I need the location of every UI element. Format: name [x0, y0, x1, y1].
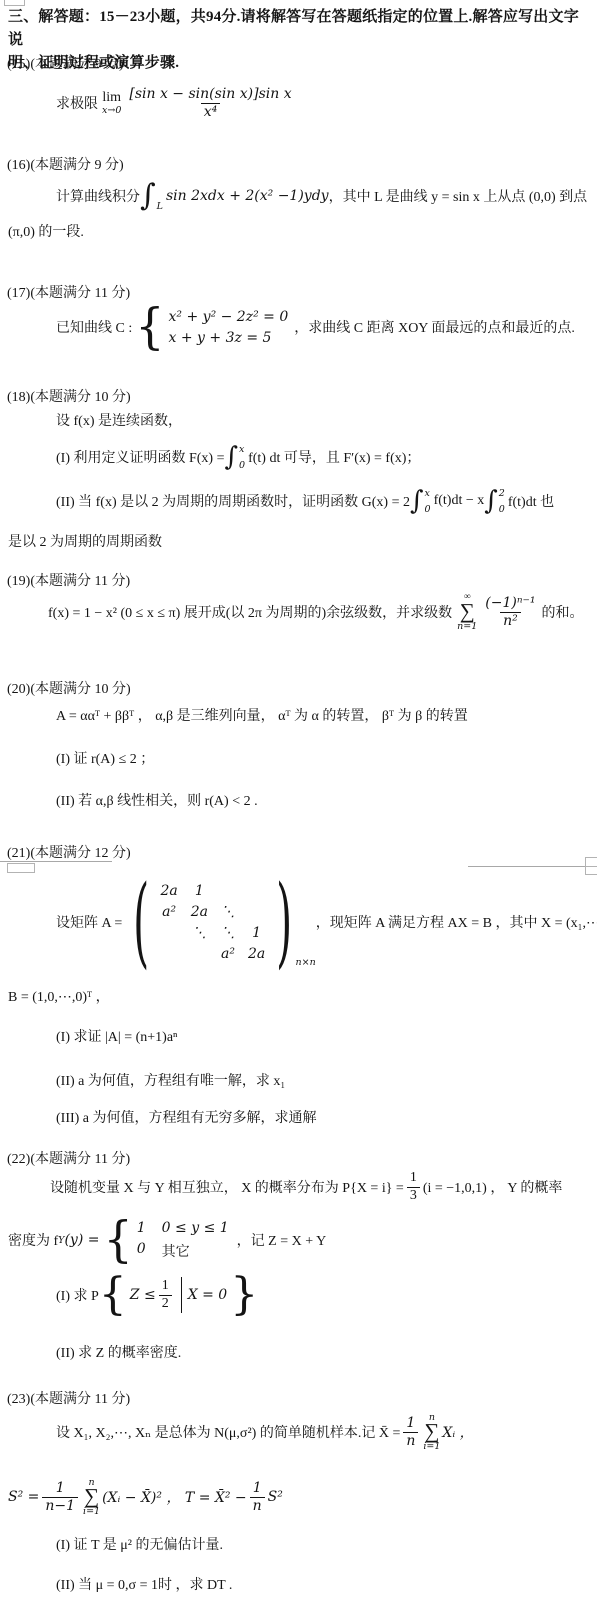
- problem-19-text-end: 的和。: [542, 602, 584, 622]
- formula-lead: 设矩阵 A =: [56, 912, 122, 932]
- problem-17-body: 已知曲线 C : { x² + y² − 2z² = 0 x + y + 3z …: [56, 297, 575, 357]
- matrix: 2a 1 a² 2a ⋱ ⋱ ⋱ 1 a² 2a: [160, 883, 265, 962]
- cases-brace: {: [103, 1218, 132, 1261]
- fraction: (−1)ⁿ⁻¹ n²: [482, 595, 538, 628]
- summation: n ∑ i=1: [423, 1413, 440, 1452]
- sum-lower-limit: i=1: [83, 1507, 100, 1517]
- fraction: 1 2: [159, 1278, 172, 1311]
- fraction-numerator: 1: [403, 1415, 418, 1431]
- problem-19-body: f(x) = 1 − x² (0 ≤ x ≤ π) 展开成(以 2π 为周期的)…: [48, 583, 584, 641]
- matrix-cell: a²: [221, 946, 235, 962]
- matrix-right-paren: ): [276, 878, 292, 966]
- item-text: f(t) dt 可导，且 F′(x) = f(x)；: [248, 447, 420, 467]
- problem-21-title: (21)(本题满分 12 分): [7, 842, 131, 862]
- integral-sign: ∫: [484, 491, 498, 512]
- problem-22-item2: (II) 求 Z 的概率密度.: [56, 1342, 181, 1362]
- integral: ∫ 2 0: [484, 488, 508, 515]
- matrix-cell: a²: [160, 904, 177, 920]
- fraction-denominator: n: [250, 1497, 265, 1514]
- problem-21-item3: (III) a 为何值，方程组有无穷多解，求通解: [56, 1107, 317, 1127]
- problem-23-item1: (I) 证 T 是 μ² 的无偏估计量.: [56, 1534, 223, 1554]
- problem-17-text: ，求曲线 C 距离 XOY 面最远的点和最近的点.: [294, 317, 575, 337]
- problem-22-item1: (I) 求 P { Z ≤ 1 2 X = 0 }: [56, 1266, 258, 1324]
- right-brace: }: [230, 1275, 258, 1315]
- problem-21-item1: (I) 求证 |A| = (n+1)aⁿ: [56, 1026, 177, 1046]
- integral-upper-limit: 2: [499, 488, 505, 499]
- integral-limits: L: [157, 180, 163, 212]
- expression: Z ≤: [130, 1287, 156, 1303]
- problem-21-text: ，现矩阵 A 满足方程 AX = B ，其中 X = (x₁,⋯,xₙ)ᵀ ，: [316, 912, 597, 932]
- problem-23-text: 设 X₁, X₂,⋯, Xₙ 是总体为 N(μ,σ²) 的简单随机样本.记 X̄…: [56, 1422, 400, 1442]
- fraction-denominator: 2: [159, 1295, 172, 1312]
- problem-23-line2: S² = 1 n−1 n ∑ i=1 (Xᵢ − X̄)² ， T = X̄² …: [8, 1468, 283, 1526]
- fraction-denominator: x⁴: [201, 103, 221, 120]
- summation: ∞ ∑ n=1: [457, 593, 477, 632]
- formula-lead: 求极限: [56, 93, 98, 113]
- conditional-bar: [181, 1277, 182, 1313]
- case-condition: 0 ≤ y ≤ 1: [162, 1220, 229, 1236]
- problem-22-line2: 密度为 fY (y) = { 1 0 ≤ y ≤ 1 0 其它 ，记 Z = X…: [8, 1212, 326, 1268]
- matrix-cell: ⋱: [191, 925, 208, 941]
- matrix-cell: ⋱: [221, 904, 235, 920]
- fraction-numerator: 1: [159, 1278, 172, 1294]
- integral-lower-limit: 0: [499, 504, 505, 515]
- problem-22-title: (22)(本题满分 11 分): [7, 1148, 130, 1168]
- integral-lower-limit: 0: [239, 460, 245, 471]
- fraction-denominator: n−1: [42, 1497, 78, 1514]
- matrix-size-subscript: n×n: [296, 957, 316, 968]
- system-equation-1: x² + y² − 2z² = 0: [169, 309, 289, 325]
- problem-15-formula: 求极限 lim x→0 [sin x − sin(sin x)]sin x x⁴: [56, 74, 298, 132]
- formula-text-end: S²: [268, 1489, 283, 1505]
- integral-lower-limit: L: [157, 201, 163, 212]
- formula-lead: 已知曲线 C :: [56, 317, 132, 337]
- problem-21-item2: (II) a 为何值，方程组有唯一解，求 x₁: [56, 1070, 285, 1090]
- problem-23-item2: (II) 当 μ = 0,σ = 1时 ，求 DT .: [56, 1574, 232, 1594]
- fraction: 1 n: [403, 1415, 418, 1448]
- cases-brace: {: [135, 305, 164, 348]
- page-boundary-box-left: [7, 863, 35, 873]
- integral-upper-limit: x: [239, 444, 245, 455]
- integral-sign: ∫: [225, 447, 239, 468]
- sum-lower-limit: n=1: [457, 622, 477, 632]
- problem-16-title: (16)(本题满分 9 分): [7, 154, 124, 174]
- matrix-cell: 1: [248, 925, 265, 941]
- fraction-numerator: (−1)ⁿ⁻¹: [482, 595, 538, 611]
- problem-22-text: 密度为 f: [8, 1230, 58, 1250]
- case-value: 0: [137, 1241, 146, 1261]
- integral-sign: ∫: [410, 491, 424, 512]
- problem-22-text: (y) =: [64, 1232, 99, 1248]
- fraction: 1 n−1: [42, 1480, 78, 1513]
- fraction-numerator: 1: [250, 1480, 265, 1496]
- integral-limits: 2 0: [499, 488, 505, 515]
- problem-20-title: (20)(本题满分 10 分): [7, 678, 131, 698]
- matrix-cell: 2a: [160, 883, 177, 899]
- fraction: [sin x − sin(sin x)]sin x x⁴: [126, 86, 294, 119]
- sum-sign: ∑: [424, 1422, 439, 1441]
- problem-18-item1: (I) 利用定义证明函数 F(x) = ∫ x 0 f(t) dt 可导，且 F…: [56, 438, 420, 476]
- item-text: (I) 利用定义证明函数 F(x) =: [56, 447, 225, 467]
- integral-limits: x 0: [425, 488, 431, 515]
- condition: X = 0: [188, 1287, 228, 1303]
- summation: n ∑ i=1: [83, 1478, 100, 1517]
- document-page: 三、解答题：15－23小题，共94分.请将解答写在答题纸指定的位置上.解答应写出…: [0, 0, 597, 1609]
- page-boundary-bracket-right-mid: [585, 866, 597, 867]
- problem-20-item1: (I) 证 r(A) ≤ 2 ；: [56, 748, 154, 768]
- fraction: 1 3: [407, 1170, 420, 1203]
- matrix-left-paren: (: [133, 878, 149, 966]
- integral: ∫ x 0: [225, 444, 249, 471]
- problem-18-continuation: 是以 2 为周期的周期函数: [8, 531, 162, 551]
- problem-18-intro: 设 f(x) 是连续函数，: [56, 410, 182, 430]
- integral-limits: x 0: [239, 444, 245, 471]
- formula-lead: 计算曲线积分: [56, 186, 140, 206]
- formula-text: (Xᵢ − X̄)² ， T = X̄² −: [102, 1487, 247, 1507]
- formula-lead: S² =: [8, 1489, 39, 1505]
- problem-19-text: f(x) = 1 − x² (0 ≤ x ≤ π) 展开成(以 2π 为周期的)…: [48, 602, 452, 622]
- page-boundary-line-right: [468, 866, 586, 867]
- lim-label: lim: [102, 91, 121, 105]
- integral-sign: ∫: [140, 184, 156, 208]
- equation-system: x² + y² − 2z² = 0 x + y + 3z = 5: [169, 309, 289, 346]
- fraction-numerator: [sin x − sin(sin x)]sin x: [126, 86, 294, 102]
- fraction-denominator: 3: [407, 1187, 420, 1204]
- problem-23-line1: 设 X₁, X₂,⋯, Xₙ 是总体为 N(μ,σ²) 的简单随机样本.记 X̄…: [56, 1404, 474, 1460]
- problem-16-line2: (π,0) 的一段.: [8, 221, 84, 241]
- integrand-expression: sin 2xdx + 2(x² −1)ydy: [166, 188, 329, 204]
- problem-21-line2: B = (1,0,⋯,0)ᵀ ，: [8, 986, 110, 1006]
- item-text: f(t)dt − x: [434, 493, 485, 509]
- problem-21-matrix-line: 设矩阵 A = ( 2a 1 a² 2a ⋱ ⋱ ⋱ 1 a² 2a ) n×n…: [56, 868, 597, 976]
- problem-16-text: ，其中 L 是曲线 y = sin x 上从点 (0,0) 到点: [329, 186, 588, 206]
- fraction-denominator: n²: [500, 612, 521, 629]
- integral: ∫ x 0: [410, 488, 434, 515]
- piecewise-cases: 1 0 ≤ y ≤ 1 0 其它: [137, 1220, 229, 1261]
- section-header-line1: 三、解答题：15－23小题，共94分.请将解答写在答题纸指定的位置上.解答应写出…: [8, 6, 592, 52]
- case-condition: 其它: [162, 1241, 190, 1261]
- integral-lower-limit: 0: [425, 504, 431, 515]
- system-equation-2: x + y + 3z = 5: [169, 330, 289, 346]
- item-text: (II) 当 f(x) 是以 2 为周期的周期函数时，证明函数 G(x) = 2: [56, 491, 410, 511]
- fraction-denominator: n: [403, 1432, 418, 1449]
- sum-sign: ∑: [84, 1487, 99, 1506]
- integral-upper-limit: x: [425, 488, 431, 499]
- fraction-numerator: 1: [53, 1480, 68, 1496]
- sum-lower-limit: i=1: [423, 1442, 440, 1452]
- integral: ∫ L: [140, 180, 166, 212]
- limit-operator: lim x→0: [102, 91, 121, 116]
- case-value: 1: [137, 1220, 146, 1236]
- problem-18-title: (18)(本题满分 10 分): [7, 386, 131, 406]
- problem-20-item2: (II) 若 α,β 线性相关，则 r(A) < 2 .: [56, 790, 258, 810]
- problem-16-line1: 计算曲线积分 ∫ L sin 2xdx + 2(x² −1)ydy ，其中 L …: [56, 176, 587, 216]
- left-brace: {: [99, 1275, 127, 1315]
- matrix-cell: 2a: [191, 904, 208, 920]
- problem-15-title: (15)(本题满分 9 分): [7, 53, 124, 73]
- matrix-cell: ⋱: [221, 925, 235, 941]
- fraction-numerator: 1: [407, 1170, 420, 1186]
- matrix-cell: 2a: [248, 946, 265, 962]
- problem-22-text: (i = −1,0,1) ， Y 的概率: [423, 1177, 563, 1197]
- problem-20-intro: A = ααᵀ + ββᵀ ， α,β 是三维列向量， αᵀ 为 α 的转置， …: [56, 705, 468, 725]
- matrix-cell: 1: [191, 883, 208, 899]
- problem-18-item2: (II) 当 f(x) 是以 2 为周期的周期函数时，证明函数 G(x) = 2…: [56, 482, 554, 520]
- sum-sign: ∑: [460, 602, 475, 621]
- problem-23-text: Xᵢ ，: [442, 1422, 473, 1442]
- lim-subscript: x→0: [102, 106, 121, 116]
- fraction: 1 n: [250, 1480, 265, 1513]
- item-text: (I) 求 P: [56, 1285, 99, 1305]
- item-text: f(t)dt 也: [508, 491, 554, 511]
- problem-22-text: 设随机变量 X 与 Y 相互独立， X 的概率分布为 P{X = i} =: [50, 1177, 404, 1197]
- problem-22-text: ，记 Z = X + Y: [237, 1230, 327, 1250]
- problem-22-line1: 设随机变量 X 与 Y 相互独立， X 的概率分布为 P{X = i} = 1 …: [50, 1166, 562, 1208]
